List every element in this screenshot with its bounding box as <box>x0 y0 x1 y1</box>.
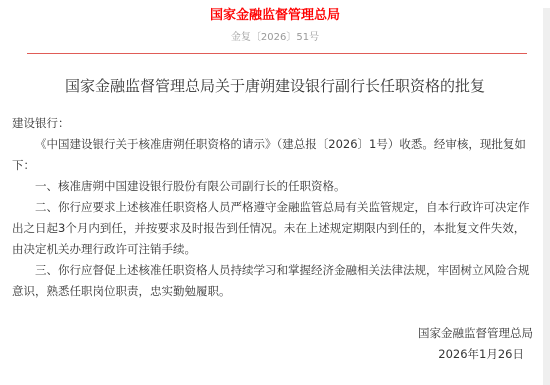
document-title: 国家金融监督管理总局关于唐朔建设银行副行长任职资格的批复 <box>30 75 520 97</box>
document-reference-number: 金复〔2026〕51号 <box>0 32 550 44</box>
body-paragraph-item-3: 三、你行应督促上述核准任职资格人员持续学习和掌握经济金融相关法律法规，牢固树立风… <box>12 260 531 302</box>
salutation-line: 建设银行： <box>12 113 531 134</box>
signature-agency: 国家金融监督管理总局 <box>0 323 550 344</box>
document-body: 建设银行： 《中国建设银行关于核准唐朔任职资格的请示》（建总报〔2026〕1号）… <box>0 113 550 302</box>
red-divider-line <box>27 53 527 54</box>
body-paragraph-item-1: 一、核准唐朔中国建设银行股份有限公司副行长的任职资格。 <box>12 176 531 197</box>
document-footer: 国家金融监督管理总局 2026年1月26日 <box>0 323 550 365</box>
official-document-page: 国家金融监督管理总局 金复〔2026〕51号 国家金融监督管理总局关于唐朔建设银… <box>0 8 550 385</box>
body-paragraph-item-2: 二、你行应要求上述核准任职资格人员严格遵守金融监管总局有关监管规定，自本行政许可… <box>12 197 531 260</box>
body-paragraph: 《中国建设银行关于核准唐朔任职资格的请示》（建总报〔2026〕1号）收悉。经审核… <box>12 134 531 176</box>
issuing-agency-title: 国家金融监督管理总局 <box>0 8 550 23</box>
signature-date: 2026年1月26日 <box>0 344 550 365</box>
scrollbar-track[interactable] <box>543 8 550 385</box>
